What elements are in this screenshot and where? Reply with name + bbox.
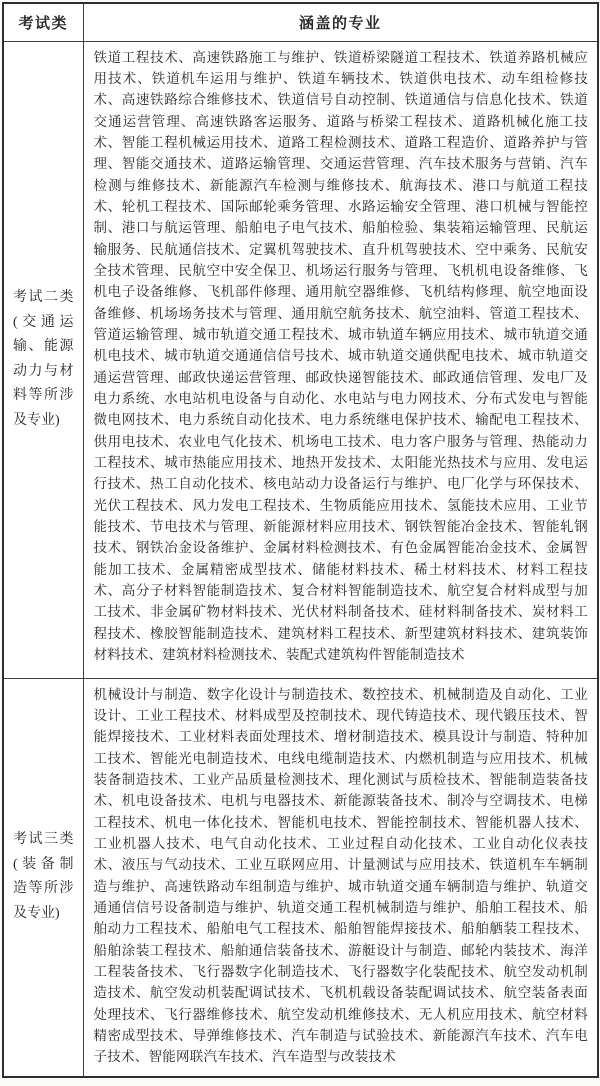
table-row-exam-class-3: 考试三类(装备制造等所涉及专业) 机械设计与制造、数字化设计与制造技术、数控技术…	[3, 678, 598, 1077]
table-header-row: 考试类 涵盖的专业	[3, 3, 598, 41]
table-row-exam-class-2: 考试二类(交通运输、能源动力与材料等所涉及专业) 铁道工程技术、高速铁路施工与维…	[3, 41, 598, 678]
covered-majors-column-header: 涵盖的专业	[83, 3, 598, 41]
exam-class-2-majors-cell: 铁道工程技术、高速铁路施工与维护、铁道桥梁隧道工程技术、铁道养路机械应用技术、铁…	[83, 41, 598, 678]
document-page: 考试类 涵盖的专业 考试二类(交通运输、能源动力与材料等所涉及专业) 铁道工程技…	[0, 0, 600, 1086]
exam-majors-table: 考试类 涵盖的专业 考试二类(交通运输、能源动力与材料等所涉及专业) 铁道工程技…	[2, 2, 599, 1078]
exam-class-3-category-cell: 考试三类(装备制造等所涉及专业)	[3, 678, 83, 1077]
exam-class-2-category-cell: 考试二类(交通运输、能源动力与材料等所涉及专业)	[3, 41, 83, 678]
exam-class-3-majors-cell: 机械设计与制造、数字化设计与制造技术、数控技术、机械制造及自动化、工业设计、工业…	[83, 678, 598, 1077]
exam-category-column-header: 考试类	[3, 3, 83, 41]
